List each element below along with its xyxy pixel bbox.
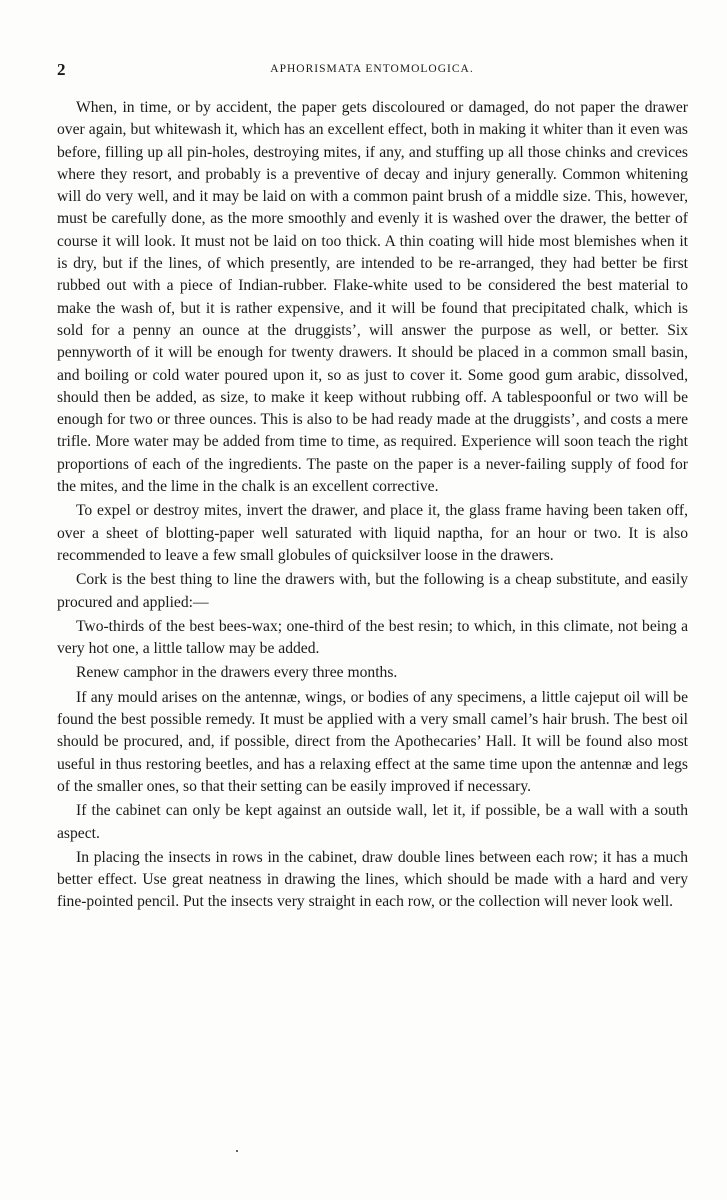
paragraph-mould: If any mould arises on the antennæ, wing… [57, 687, 688, 798]
book-page: 2 APHORISMATA ENTOMOLOGICA. When, in tim… [0, 0, 727, 1200]
paragraph-beeswax: Two-thirds of the best bees-wax; one-thi… [57, 616, 688, 661]
paragraph-camphor: Renew camphor in the drawers every three… [57, 662, 688, 684]
paragraph-mites: To expel or destroy mites, invert the dr… [57, 500, 688, 567]
running-head: 2 APHORISMATA ENTOMOLOGICA. [57, 60, 687, 84]
paragraph-cork: Cork is the best thing to line the drawe… [57, 569, 688, 614]
paragraph-whitewash: When, in time, or by accident, the paper… [57, 97, 688, 498]
print-speck [236, 1150, 238, 1152]
paragraph-placing-insects: In placing the insects in rows in the ca… [57, 847, 688, 914]
running-title: APHORISMATA ENTOMOLOGICA. [57, 63, 687, 75]
body-text: When, in time, or by accident, the paper… [57, 97, 688, 916]
paragraph-cabinet-wall: If the cabinet can only be kept against … [57, 800, 688, 845]
